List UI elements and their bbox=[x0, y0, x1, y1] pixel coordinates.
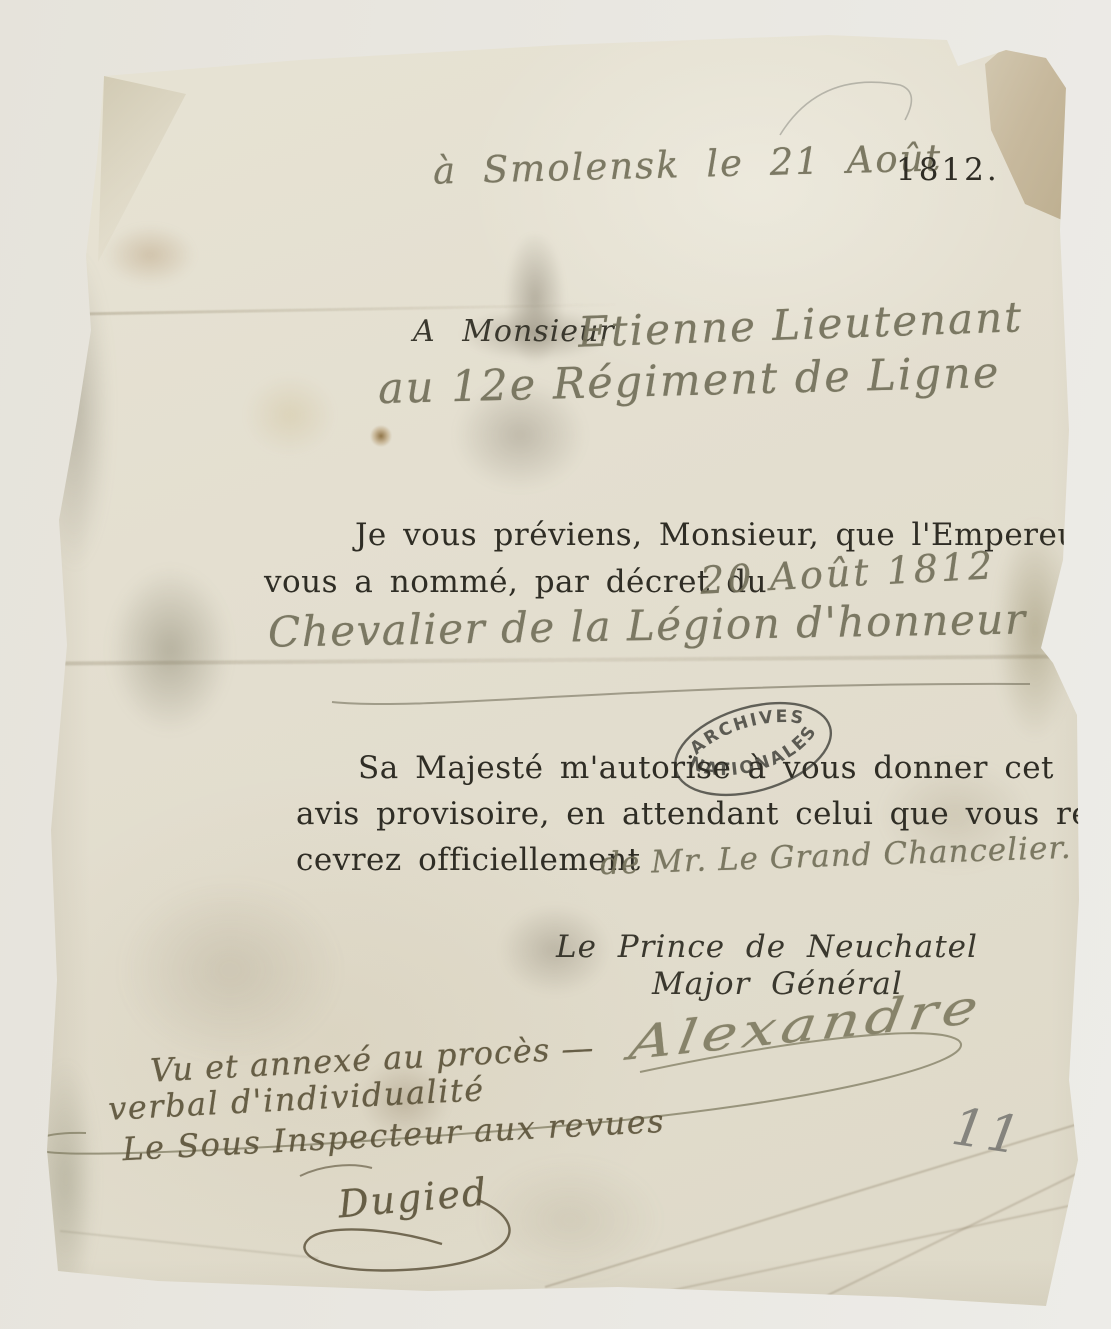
body2-line2: avis provisoire, en attendant celui que … bbox=[296, 796, 1101, 832]
stain-bottom-center bbox=[480, 1160, 660, 1280]
scanned-letter: à Smolensk le 21 Août 1812. A Monsieur E… bbox=[0, 0, 1111, 1329]
signoff-title-line1: Le Prince de Neuchatel bbox=[556, 929, 978, 965]
letter-paper: à Smolensk le 21 Août 1812. A Monsieur E… bbox=[0, 0, 1111, 1329]
dateline-handwritten: à Smolensk le 21 Août bbox=[433, 136, 943, 192]
stain-brown-dot bbox=[370, 425, 392, 447]
crease-middle-fold bbox=[50, 654, 1070, 665]
body2-chancellor-handwritten: de Mr. Le Grand Chancelier. bbox=[600, 830, 1073, 882]
dateline-year: 1812. bbox=[896, 152, 1000, 188]
pencil-number: 11 bbox=[948, 1097, 1027, 1167]
address-name-handwritten: Etienne Lieutenant bbox=[577, 292, 1024, 357]
fold-corner-top-left bbox=[90, 70, 200, 270]
body1-title-handwritten: Chevalier de la Légion d'honneur bbox=[268, 594, 1027, 656]
stain-left-edge-strip bbox=[40, 250, 110, 570]
stain-brown-top-left bbox=[105, 225, 195, 285]
signature-dugied: Dugied bbox=[336, 1170, 489, 1227]
stain-left-mid-blob bbox=[90, 540, 250, 760]
stain-left-edge-bottom bbox=[36, 1060, 96, 1300]
stain-yellow-left bbox=[245, 375, 335, 455]
stain-lower-left-mottle bbox=[120, 880, 340, 1060]
body1-line2: vous a nommé, par décret du bbox=[264, 564, 767, 600]
torn-corner-top-right bbox=[985, 34, 1080, 224]
crease-bottom-left bbox=[60, 1230, 319, 1259]
crease-bottom-right-3 bbox=[820, 1167, 1091, 1300]
body2-line3: cevrez officiellement bbox=[296, 842, 641, 878]
address-unit-handwritten: au 12e Régiment de Ligne bbox=[377, 348, 1001, 414]
body2-line1: Sa Majesté m'autorise à vous donner cet bbox=[358, 750, 1054, 786]
crease-bottom-right-2 bbox=[650, 1203, 1081, 1296]
